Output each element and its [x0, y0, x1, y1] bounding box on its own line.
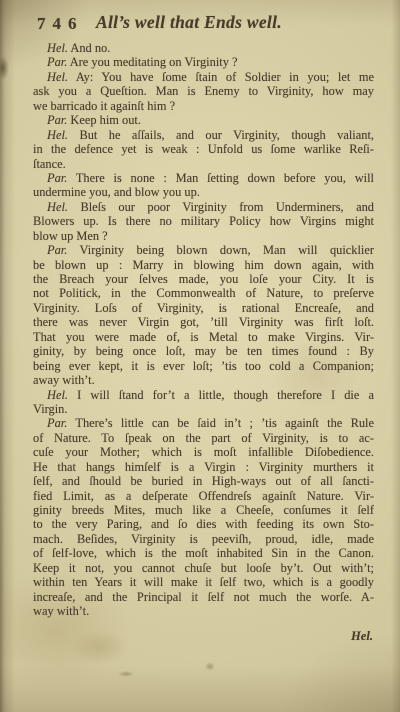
text-block: Hel. And no.Par. Are you meditating on V…: [33, 41, 374, 619]
paper-speck: [118, 671, 134, 677]
speaker-name: Hel.: [47, 41, 68, 55]
speaker-name: Par.: [47, 416, 67, 430]
catchword: Hel.: [351, 629, 373, 644]
text-line: way with’t.: [33, 604, 374, 618]
text-line: Par. Virginity being blown down, Man wil…: [33, 243, 374, 257]
speaker-name: Par.: [47, 113, 67, 127]
speaker-name: Par.: [47, 243, 67, 257]
text-line: He that hangs himſelf is a Virgin : Virg…: [33, 460, 374, 474]
text-line: Hel. Bleſs our poor Virginity from Under…: [33, 200, 374, 214]
text-line: ginity breeds Mites, much like a Cheeſe,…: [33, 503, 374, 517]
text-line: of Nature. To ſpeak on the part of Virgi…: [33, 431, 374, 445]
text-line: Keep it not, you cannot chuſe but looſe …: [33, 561, 374, 575]
speaker-name: Hel.: [47, 200, 68, 214]
text-line: Par. There’s little can be ſaid in’t ; ’…: [33, 416, 374, 430]
running-header: 746 All’s well that Ends well.: [0, 12, 400, 38]
text-line: undermine you, and blow you up.: [33, 185, 374, 199]
text-line: be blown up : Marry in blowing him down …: [33, 258, 374, 272]
text-line: That you were made of, is Metal to make …: [33, 330, 374, 344]
text-line: Virgin.: [33, 402, 374, 416]
page-edge-mark: [0, 56, 9, 80]
text-line: mach. Beſides, Virginity is peeviſh, pro…: [33, 532, 374, 546]
text-line: Hel. And no.: [33, 41, 374, 55]
text-line: in the defence yet is weak : Unfold us ſ…: [33, 142, 374, 156]
speaker-name: Hel.: [47, 128, 68, 142]
running-title: All’s well that Ends well.: [96, 12, 282, 33]
paper-stain: [70, 630, 130, 664]
text-line: Virginity. Loſs of Virginity, is rationa…: [33, 301, 374, 315]
speaker-name: Hel.: [47, 388, 68, 402]
text-line: increaſe, and the Principal it ſelf not …: [33, 590, 374, 604]
text-line: ginity, by being once loſt, may be ten t…: [33, 344, 374, 358]
text-line: within ten Years it will make it ſelf tw…: [33, 575, 374, 589]
speaker-name: Par.: [47, 55, 67, 69]
text-line: we barricado it againſt him ?: [33, 99, 374, 113]
text-line: to the very Paring, and ſo dies with fee…: [33, 517, 374, 531]
text-line: cuſe your Mother; which is moſt infallib…: [33, 445, 374, 459]
text-line: Hel. But he aſſails, and our Virginity, …: [33, 128, 374, 142]
text-line: there was never Virgin got, ’till Virgin…: [33, 315, 374, 329]
speaker-name: Hel.: [47, 70, 68, 84]
speaker-name: Par.: [47, 171, 67, 185]
text-line: of ſelf-love, which is the moſt inhabite…: [33, 546, 374, 560]
book-page: 746 All’s well that Ends well. Hel. And …: [0, 0, 400, 712]
text-line: not Politick, in the Commonwealth of Nat…: [33, 286, 374, 300]
text-line: ſtance.: [33, 157, 374, 171]
text-line: Hel. I will ſtand for’t a little, though…: [33, 388, 374, 402]
text-line: blow up Men ?: [33, 229, 374, 243]
text-line: away with’t.: [33, 373, 374, 387]
text-line: Blowers up. Is there no military Policy …: [33, 214, 374, 228]
paper-speck: [205, 662, 215, 671]
text-line: the Breach your ſelves made, you loſe yo…: [33, 272, 374, 286]
text-line: ask you a Queſtion. Man is Enemy to Virg…: [33, 84, 374, 98]
text-line: Par. Keep him out.: [33, 113, 374, 127]
text-line: fied Limit, as a deſperate Offendreſs ag…: [33, 489, 374, 503]
text-line: Hel. Ay: You have ſome ſtain of Soldier …: [33, 70, 374, 84]
text-line: ſelf, and ſhould be buried in High-ways …: [33, 474, 374, 488]
text-line: Par. Are you meditating on Virginity ?: [33, 55, 374, 69]
page-number: 746: [37, 14, 84, 34]
text-line: Par. There is none : Man ſetting down be…: [33, 171, 374, 185]
text-line: being ever kept, it is ever loſt; ’tis t…: [33, 359, 374, 373]
